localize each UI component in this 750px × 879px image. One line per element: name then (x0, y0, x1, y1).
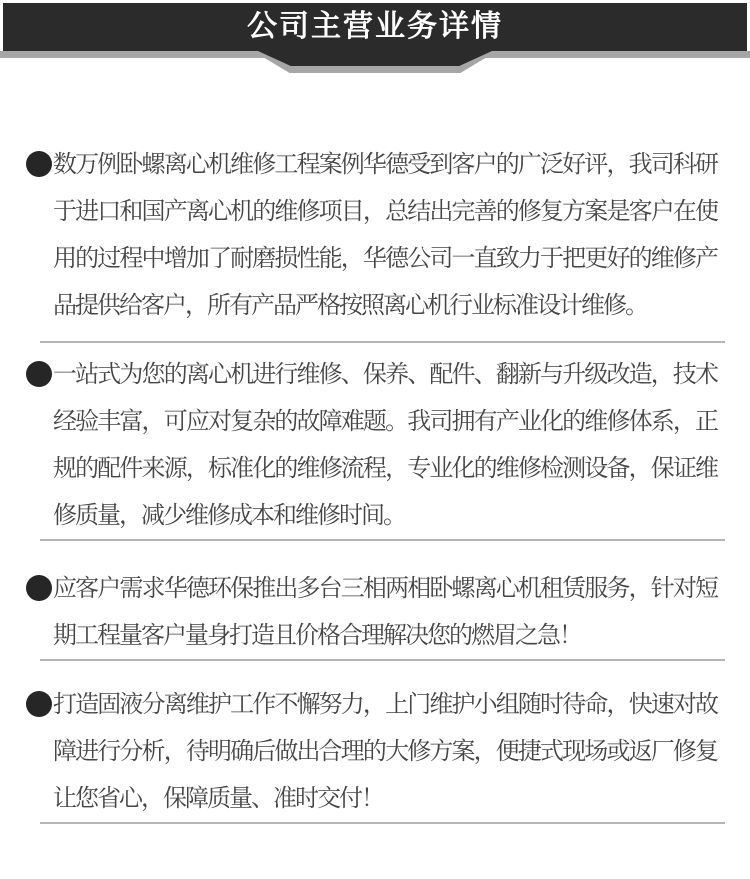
header-tab-shape-inner (258, 51, 492, 66)
business-paragraph-3: 应客户需求华德环保推出多台三相两相卧螺离心机租赁服务，针对短期工程量客户量身打造… (0, 565, 750, 659)
bullet-icon (26, 691, 52, 717)
bullet-icon (26, 361, 52, 387)
bullet-icon (26, 575, 52, 601)
divider (40, 341, 725, 343)
main-content: 数万例卧螺离心机维修工程案例华德受到客户的广泛好评，我司科研于进口和国产离心机的… (0, 141, 750, 824)
page-title: 公司主营业务详情 (247, 12, 503, 42)
business-paragraph-4: 打造固液分离维护工作不懈努力，上门维护小组随时待命，快速对故障进行分析，待明确后… (0, 681, 750, 822)
paragraph-text: 一站式为您的离心机进行维修、保养、配件、翻新与升级改造，技术经验丰富，可应对复杂… (53, 351, 717, 539)
section-header: 公司主营业务详情 (0, 0, 750, 76)
header-banner: 公司主营业务详情 (3, 3, 747, 51)
divider (40, 659, 725, 661)
paragraph-text: 应客户需求华德环保推出多台三相两相卧螺离心机租赁服务，针对短期工程量客户量身打造… (53, 565, 717, 659)
divider (40, 822, 725, 824)
bullet-icon (26, 151, 52, 177)
paragraph-text: 打造固液分离维护工作不懈努力，上门维护小组随时待命，快速对故障进行分析，待明确后… (53, 681, 717, 822)
business-paragraph-2: 一站式为您的离心机进行维修、保养、配件、翻新与升级改造，技术经验丰富，可应对复杂… (0, 351, 750, 539)
divider (40, 539, 725, 541)
business-paragraph-1: 数万例卧螺离心机维修工程案例华德受到客户的广泛好评，我司科研于进口和国产离心机的… (0, 141, 750, 329)
paragraph-text: 数万例卧螺离心机维修工程案例华德受到客户的广泛好评，我司科研于进口和国产离心机的… (53, 141, 717, 329)
